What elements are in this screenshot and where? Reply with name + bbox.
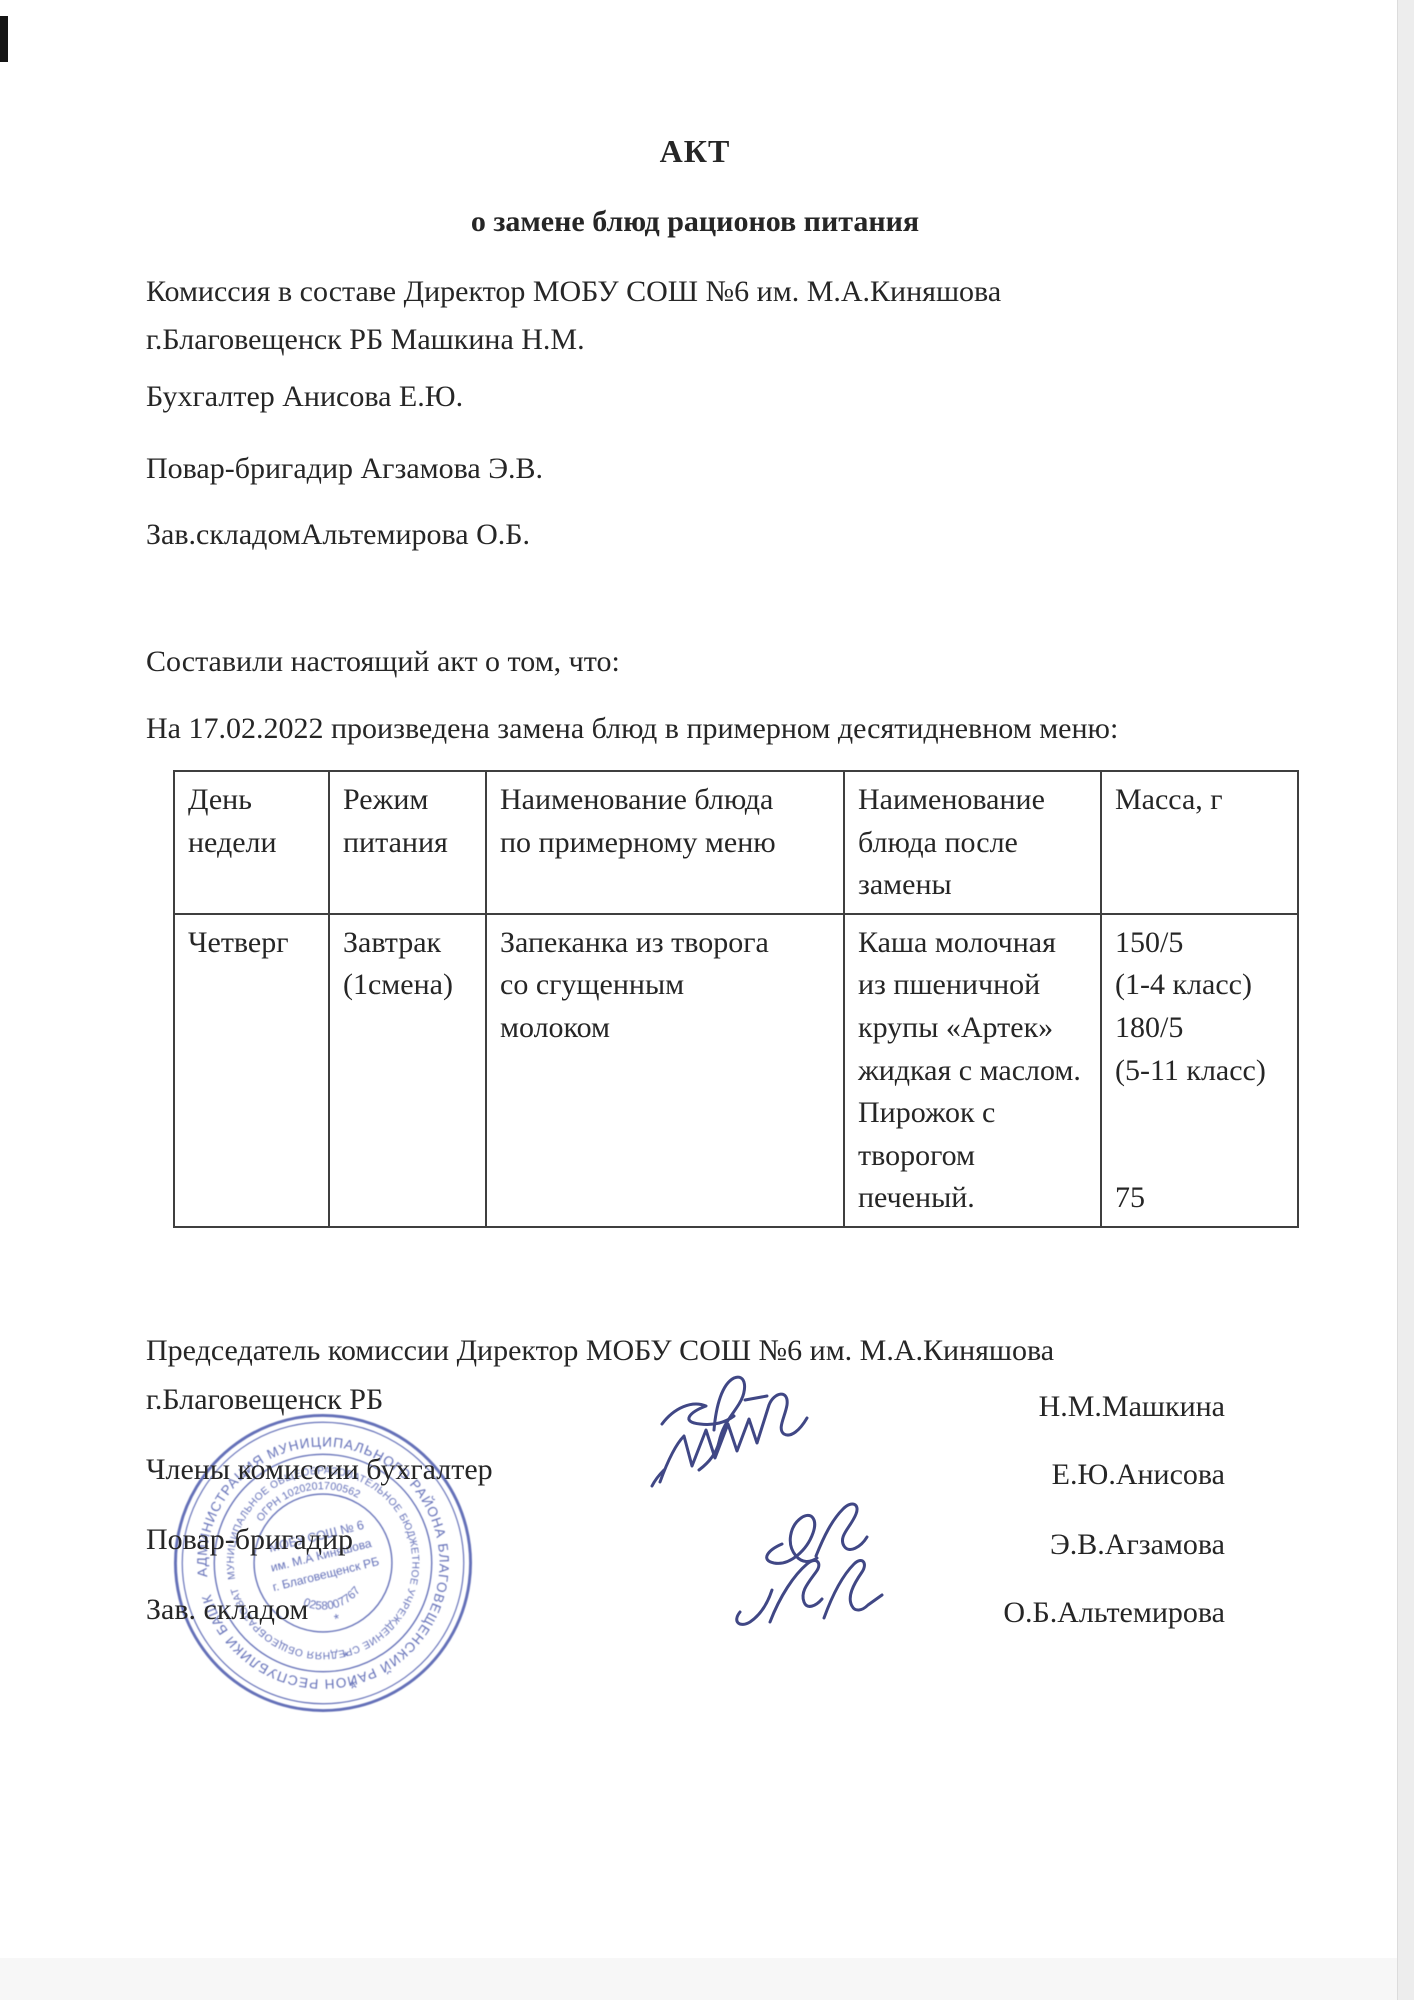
header-day: День недели [174,771,329,914]
table-row: Четверг Завтрак (1смена) Запеканка из тв… [174,914,1298,1227]
member3-name: О.Б.Альтемирова [1003,1596,1225,1631]
member1-label: Члены комиссии бухгалтер [146,1453,493,1488]
official-round-stamp: АДМИНИСТРАЦИЯ МУНИЦИПАЛЬНОГО РАЙОНА БЛАГ… [158,1398,488,1728]
cell-day: Четверг [174,914,329,1227]
member3-label: Зав. складом [146,1593,308,1628]
header-replacement-dish: Наименование блюда после замены [844,771,1101,914]
table-header-row: День недели Режим питания Наименование б… [174,771,1298,914]
signature-cook [767,1504,867,1563]
chairman-label-city: г.Благовещенск РБ [146,1383,383,1418]
stamp-star-1: * [333,1611,342,1627]
dish-replacement-table: День недели Режим питания Наименование б… [173,770,1299,1228]
cell-menu-dish: Запеканка из творога со сгущенным молоко… [486,914,844,1227]
chairman-label: Председатель комиссии Директор МОБУ СОШ … [146,1334,1054,1369]
cell-meal: Завтрак (1смена) [329,914,486,1227]
scanned-document-page: АКТ о замене блюд рационов питания Комис… [0,0,1414,2000]
paragraph-cook: Повар-бригадир Агзамова Э.В. [146,452,543,487]
signature-accountant [652,1394,807,1486]
signature-chairman [662,1377,767,1470]
header-mass: Масса, г [1101,771,1298,914]
header-meal: Режим питания [329,771,486,914]
document-subtitle: о замене блюд рационов питания [0,205,1390,240]
member1-name: Е.Ю.Анисова [1052,1458,1225,1493]
scan-artifact-corner [0,16,8,62]
cell-replacement-dish: Каша молочная из пшеничной крупы «Артек»… [844,914,1101,1227]
paragraph-commission: Комиссия в составе Директор МОБУ СОШ №6 … [146,268,1126,364]
document-title: АКТ [0,133,1390,170]
header-menu-dish: Наименование блюда по примерному меню [486,771,844,914]
member2-name: Э.В.Агзамова [1050,1528,1225,1563]
scan-edge-right [1397,0,1414,2000]
member2-label: Повар-бригадир [146,1523,353,1558]
paragraph-statement: Составили настоящий акт о том, что: [146,645,620,680]
paragraph-accountant: Бухгалтер Анисова Е.Ю. [146,380,463,415]
chairman-name: Н.М.Машкина [1039,1390,1225,1425]
paragraph-date-line: На 17.02.2022 произведена замена блюд в … [146,712,1366,747]
paragraph-storekeeper: Зав.складомАльтемирова О.Б. [146,518,530,553]
signature-storekeeper [737,1560,882,1624]
scan-edge-bottom [0,1958,1414,2000]
cell-mass: 150/5 (1-4 класс) 180/5 (5-11 класс) 75 [1101,914,1298,1227]
